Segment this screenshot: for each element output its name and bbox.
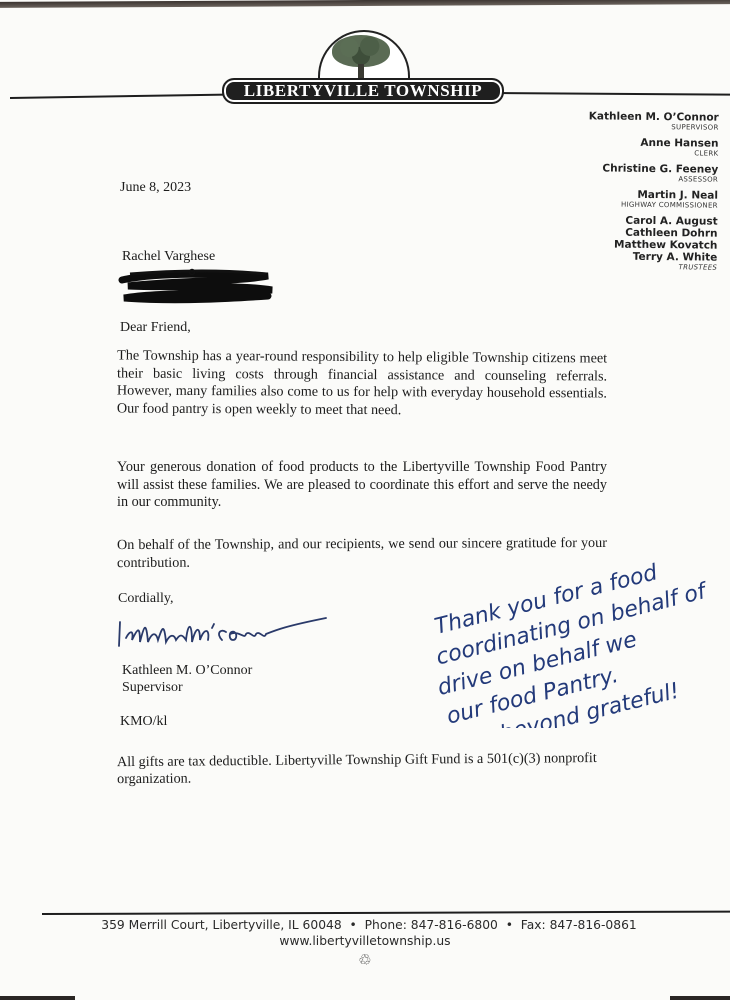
official-title: SUPERVISOR — [589, 122, 719, 132]
website: www.libertyvilletownship.us — [0, 933, 730, 949]
photo-edge-top — [0, 0, 730, 8]
letter-date: June 8, 2023 — [120, 180, 191, 196]
official-title: CLERK — [588, 148, 718, 158]
signer-block: Kathleen M. O’Connor Supervisor — [122, 662, 252, 696]
phone: Phone: 847-816-6800 — [365, 918, 498, 932]
signer-title: Supervisor — [122, 679, 252, 696]
official-title: ASSESSOR — [588, 174, 718, 184]
address: 359 Merrill Court, Libertyville, IL 6004… — [101, 918, 341, 932]
body-paragraph: Your generous donation of food products … — [117, 459, 607, 512]
typist-initials: KMO/kl — [120, 714, 167, 730]
official-assessor: Christine G. Feeney ASSESSOR — [588, 162, 718, 184]
photo-edge-bottom-left — [0, 996, 75, 1000]
trustees-title: TRUSTEES — [587, 262, 717, 272]
official-name: Christine G. Feeney — [588, 162, 718, 175]
recycle-icon: ♲ — [0, 951, 730, 969]
handwritten-note: Thank you for a food coordinating on beh… — [428, 548, 728, 728]
separator-dot: • — [350, 918, 357, 932]
officials-list: Kathleen M. O’Connor SUPERVISOR Anne Han… — [587, 110, 719, 277]
township-logo: LIBERTYVILLE TOWNSHIP — [222, 30, 502, 102]
recipient-name: Rachel Varghese — [122, 249, 215, 265]
signature — [116, 612, 336, 652]
salutation: Dear Friend, — [120, 320, 191, 336]
tax-deductible-note: All gifts are tax deductible. Libertyvil… — [117, 750, 617, 788]
contact-line: 359 Merrill Court, Libertyville, IL 6004… — [8, 917, 730, 933]
photo-edge-bottom-right — [670, 996, 730, 1000]
official-clerk: Anne Hansen CLERK — [588, 136, 718, 158]
tree-icon — [332, 35, 390, 67]
body-paragraph: The Township has a year-round responsibi… — [117, 348, 607, 421]
fax: Fax: 847-816-0861 — [521, 918, 637, 932]
letterhead-footer: 359 Merrill Court, Libertyville, IL 6004… — [0, 917, 730, 969]
logo-banner: LIBERTYVILLE TOWNSHIP — [222, 78, 504, 104]
official-name: Kathleen M. O’Connor — [589, 110, 719, 123]
official-highway-commissioner: Martin J. Neal HIGHWAY COMMISSIONER — [588, 188, 718, 210]
header-rule-right — [498, 92, 730, 96]
organization-name: LIBERTYVILLE TOWNSHIP — [244, 81, 483, 101]
separator-dot: • — [506, 918, 513, 932]
official-title: HIGHWAY COMMISSIONER — [588, 200, 718, 210]
closing: Cordially, — [118, 591, 173, 607]
tree-trunk — [358, 64, 364, 78]
signer-name: Kathleen M. O’Connor — [122, 662, 252, 679]
official-supervisor: Kathleen M. O’Connor SUPERVISOR — [589, 110, 719, 132]
header-rule-left — [10, 94, 225, 99]
footer-rule — [42, 911, 730, 915]
trustees-group: Carol A. August Cathleen Dohrn Matthew K… — [587, 214, 718, 272]
redacted-address — [118, 268, 276, 304]
